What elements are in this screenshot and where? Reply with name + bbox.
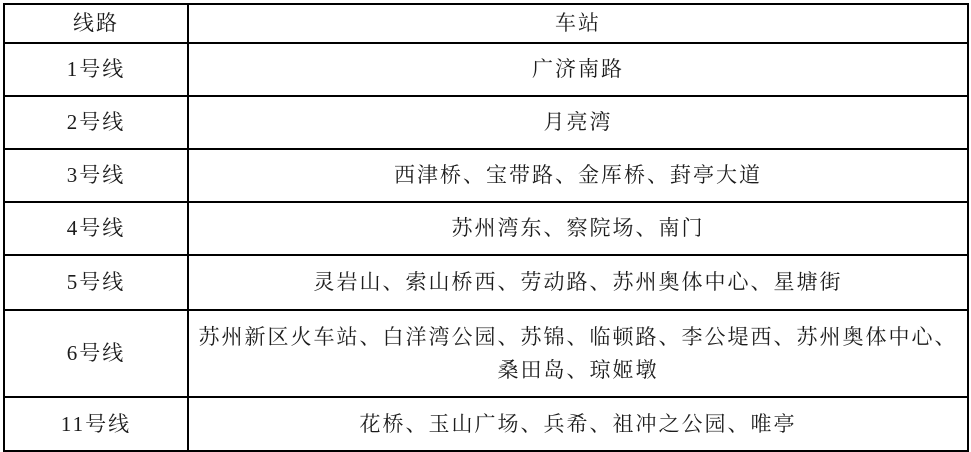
stations-cell: 苏州新区火车站、白洋湾公园、苏锦、临顿路、李公堤西、苏州奥体中心、桑田岛、琼姬墩 xyxy=(188,310,968,397)
line-cell: 11号线 xyxy=(4,397,188,451)
stations-cell: 西津桥、宝带路、金厍桥、葑亭大道 xyxy=(188,149,968,202)
stations-cell: 苏州湾东、察院场、南门 xyxy=(188,202,968,255)
line-cell: 3号线 xyxy=(4,149,188,202)
line-cell: 5号线 xyxy=(4,255,188,310)
table-row: 11号线 花桥、玉山广场、兵希、祖冲之公园、唯亭 xyxy=(4,397,968,451)
stations-cell: 花桥、玉山广场、兵希、祖冲之公园、唯亭 xyxy=(188,397,968,451)
metro-lines-table: 线路 车站 1号线 广济南路 2号线 月亮湾 3号线 西津桥、宝带路、金厍桥、葑… xyxy=(3,3,969,452)
table-row: 3号线 西津桥、宝带路、金厍桥、葑亭大道 xyxy=(4,149,968,202)
line-cell: 4号线 xyxy=(4,202,188,255)
metro-lines-table-container: 线路 车站 1号线 广济南路 2号线 月亮湾 3号线 西津桥、宝带路、金厍桥、葑… xyxy=(3,3,969,452)
header-line-column: 线路 xyxy=(4,4,188,43)
table-row: 4号线 苏州湾东、察院场、南门 xyxy=(4,202,968,255)
table-row: 2号线 月亮湾 xyxy=(4,96,968,149)
table-header-row: 线路 车站 xyxy=(4,4,968,43)
table-row: 5号线 灵岩山、索山桥西、劳动路、苏州奥体中心、星塘街 xyxy=(4,255,968,310)
stations-cell: 月亮湾 xyxy=(188,96,968,149)
line-cell: 6号线 xyxy=(4,310,188,397)
line-cell: 2号线 xyxy=(4,96,188,149)
stations-cell: 广济南路 xyxy=(188,43,968,96)
header-stations-column: 车站 xyxy=(188,4,968,43)
table-row: 6号线 苏州新区火车站、白洋湾公园、苏锦、临顿路、李公堤西、苏州奥体中心、桑田岛… xyxy=(4,310,968,397)
table-row: 1号线 广济南路 xyxy=(4,43,968,96)
line-cell: 1号线 xyxy=(4,43,188,96)
stations-cell: 灵岩山、索山桥西、劳动路、苏州奥体中心、星塘街 xyxy=(188,255,968,310)
